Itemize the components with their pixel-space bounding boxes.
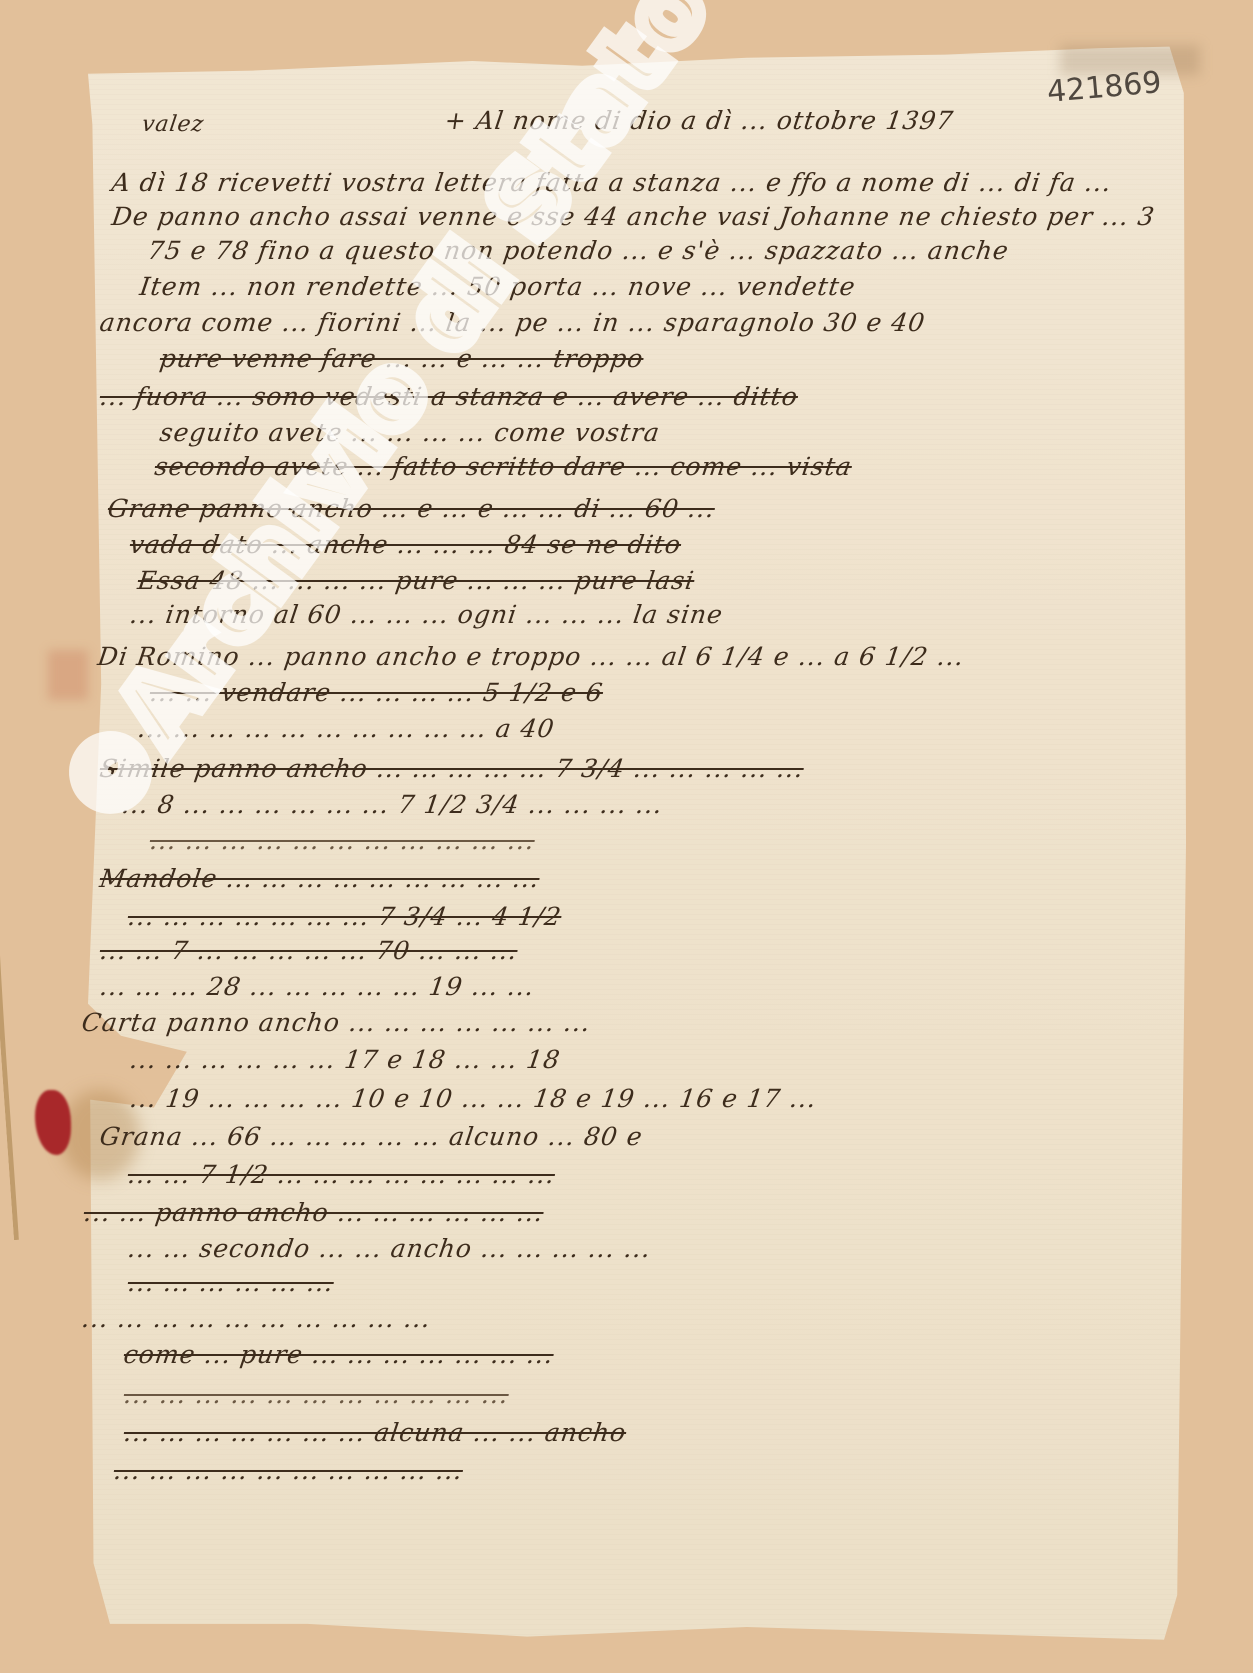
manuscript-line: seguito avete ... ... ... ... come vostr… — [158, 418, 662, 447]
manuscript-line: secondo avete ... fatto scritto dare ...… — [153, 452, 854, 481]
manuscript-line: Mandole ... ... ... ... ... ... ... ... … — [98, 864, 542, 893]
manuscript-line: vada dato ... anche ... ... ... 84 se ne… — [128, 530, 683, 559]
manuscript-line: ... ... secondo ... ... ancho ... ... ..… — [126, 1234, 653, 1263]
manuscript-line: Essa 48 ... ... ... ... pure ... ... ...… — [136, 566, 696, 595]
manuscript-line: pure venne fare ... ... e ... ... troppo — [158, 344, 646, 373]
manuscript-line: ... ... ... 28 ... ... ... ... ... 19 ..… — [98, 972, 537, 1001]
manuscript-line: ... ... ... ... ... ... 17 e 18 ... ... … — [128, 1045, 562, 1074]
manuscript-line: A dì 18 ricevetti vostra lettera fatta a… — [110, 168, 1114, 197]
manuscript-line: ... ... 7 1/2 ... ... ... ... ... ... ..… — [126, 1160, 557, 1189]
manuscript-line: ... 8 ... ... ... ... ... ... 7 1/2 3/4 … — [120, 790, 665, 819]
manuscript-line: Grane panno ancho ... e ... e ... ... di… — [106, 494, 717, 523]
manuscript-line: ... fuora ... sono vedesti a stanza e ..… — [98, 382, 800, 411]
manuscript-line: ancora come ... fiorini ... la ... pe ..… — [98, 308, 927, 337]
manuscript-line: ... ... vendare ... ... ... ... 5 1/2 e … — [148, 678, 605, 707]
manuscript-line: ... ... ... ... ... ... ... ... ... ... … — [122, 1380, 511, 1409]
manuscript-line: Item ... non rendette ... 50 porta ... n… — [138, 272, 858, 301]
manuscript-line: ... ... ... ... ... ... ... ... ... ... … — [148, 826, 537, 855]
manuscript-line: come ... pure ... ... ... ... ... ... ..… — [122, 1340, 556, 1369]
manuscript-line: ... ... ... ... ... ... ... 7 3/4 ... 4 … — [126, 902, 563, 931]
manuscript-line: Simile panno ancho ... ... ... ... ... 7… — [98, 754, 806, 783]
manuscript-line: ... ... ... ... ... ... ... ... ... ... — [112, 1456, 465, 1485]
manuscript-line: ... ... ... ... ... ... ... ... ... ... — [80, 1304, 433, 1333]
manuscript-line: ... ... panno ancho ... ... ... ... ... … — [82, 1198, 546, 1227]
manuscript-line: Grana ... 66 ... ... ... ... ... alcuno … — [98, 1122, 645, 1151]
binding-string — [0, 840, 33, 1240]
manuscript-line: ... 19 ... ... ... ... 10 e 10 ... ... 1… — [128, 1084, 819, 1113]
paper-stain — [48, 650, 88, 700]
manuscript-line: ... ... ... ... ... ... ... alcuna ... .… — [122, 1418, 628, 1447]
letter-heading: + Al nome di dio a dì ... ottobre 1397 — [443, 106, 956, 135]
manuscript-line: Carta panno ancho ... ... ... ... ... ..… — [80, 1008, 593, 1037]
manuscript-line: ... ... ... ... ... ... — [126, 1268, 336, 1297]
salutation: valez — [140, 112, 206, 137]
manuscript-line: De panno ancho assai venne e sse 44 anch… — [110, 202, 1157, 231]
manuscript-line: Di Romino ... panno ancho e troppo ... .… — [96, 642, 966, 671]
manuscript-line: ... ... ... ... ... ... ... ... ... ... … — [136, 714, 557, 743]
red-wax-seal — [35, 1090, 71, 1155]
manuscript-line: 75 e 78 fino a questo non potendo ... e … — [146, 236, 1011, 265]
manuscript-line: ... intorno al 60 ... ... ... ogni ... .… — [128, 600, 725, 629]
manuscript-line: ... ... 7 ... ... ... ... ... 70 ... ...… — [98, 936, 520, 965]
